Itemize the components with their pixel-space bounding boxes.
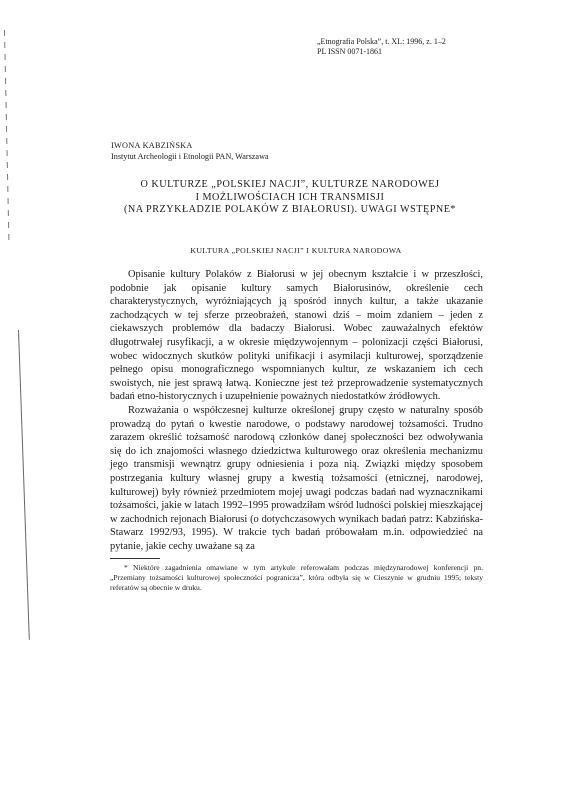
body-text: Opisanie kultury Polaków z Białorusi w j… xyxy=(110,268,483,553)
section-heading: KULTURA „POLSKIEJ NACJI” I KULTURA NAROD… xyxy=(110,246,482,255)
body-paragraph-2: Rozważania o współczesnej kulturze okreś… xyxy=(110,404,483,554)
footnote-separator xyxy=(110,558,160,559)
title-line-2: I MOŻLIWOŚCIACH ICH TRANSMISJI xyxy=(100,192,480,205)
author-affiliation: Instytut Archeologii i Etnologii PAN, Wa… xyxy=(111,152,269,163)
body-paragraph-1: Opisanie kultury Polaków z Białorusi w j… xyxy=(110,268,483,404)
journal-citation: „Etnografia Polska”, t. XL: 1996, z. 1–2 xyxy=(317,37,446,47)
journal-header: „Etnografia Polska”, t. XL: 1996, z. 1–2… xyxy=(317,37,446,57)
scan-binding-edge-solid xyxy=(18,330,30,640)
author-block: IWONA KABZIŃSKA Instytut Archeologii i E… xyxy=(111,141,269,162)
title-line-3: (NA PRZYKŁADZIE POLAKÓW Z BIAŁORUSI). UW… xyxy=(100,204,480,217)
footnote-text: * Niektóre zagadnienia omawiane w tym ar… xyxy=(110,563,483,594)
scan-binding-edge-dashed xyxy=(4,30,10,245)
article-title: O KULTURZE „POLSKIEJ NACJI”, KULTURZE NA… xyxy=(100,179,480,217)
author-name: IWONA KABZIŃSKA xyxy=(111,141,269,152)
journal-issn: PL ISSN 0071-1861 xyxy=(317,47,446,57)
title-line-1: O KULTURZE „POLSKIEJ NACJI”, KULTURZE NA… xyxy=(100,179,480,192)
footnote: * Niektóre zagadnienia omawiane w tym ar… xyxy=(110,563,483,594)
